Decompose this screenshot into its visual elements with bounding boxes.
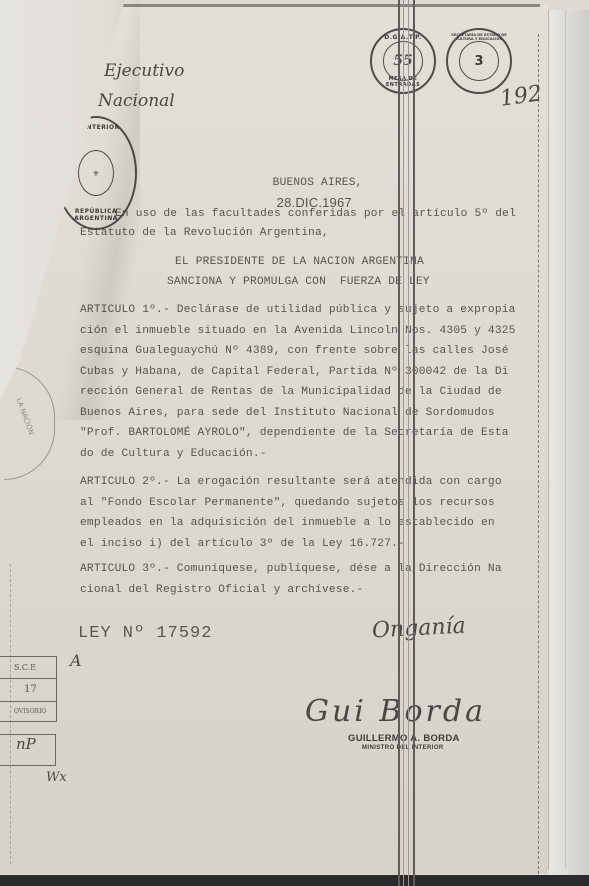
president-signature: Onganía [371, 614, 466, 644]
article-line: al "Fondo Escolar Permanente", quedando … [80, 493, 502, 514]
article-line: esquina Gualeguaychú Nº 4389, con frente… [80, 341, 516, 362]
article-line: Buenos Aires, para sede del Instituto Na… [80, 403, 516, 424]
heading-line2: SANCIONA Y PROMULGA CON FUERZA DE LEY [167, 272, 430, 293]
binding-line [398, 0, 400, 886]
annotation-letter-a: A [70, 651, 82, 670]
preamble-line1: En uso de las facultades conferidas por … [115, 204, 516, 225]
article-line: cional del Registro Oficial y archívese.… [80, 580, 502, 601]
article-line: Cubas y Habana, de Capital Federal, Part… [80, 362, 516, 383]
article-line: ARTICULO 2º.- La erogación resultante se… [80, 472, 502, 493]
article-1: ARTICULO 1º.- Declárase de utilidad públ… [80, 300, 516, 464]
article-line: do de Cultura y Educación.- [80, 444, 516, 465]
page-edge-line [565, 10, 566, 870]
article-line: empleados en la adquisición del inmueble… [80, 513, 502, 534]
heading-line1: EL PRESIDENTE DE LA NACION ARGENTINA [175, 252, 424, 273]
article-line: ARTICULO 3º.- Comuníquese, publíquese, d… [80, 559, 502, 580]
stamp-number: 3 [474, 54, 483, 69]
stamp-ring-text: SECRETARÍA DE ESTADO DE CULTURA Y EDUCAC… [448, 33, 510, 41]
secretaria-cultura-stamp: SECRETARÍA DE ESTADO DE CULTURA Y EDUCAC… [446, 28, 512, 94]
stamp-inner: 3 [459, 41, 498, 80]
article-line: ción el inmueble situado en la Avenida L… [80, 321, 516, 342]
article-line: rección General de Rentas de la Municipa… [80, 382, 516, 403]
article-line: ARTICULO 1º.- Declárase de utilidad públ… [80, 300, 516, 321]
registry-box-row2: 17 [0, 679, 56, 702]
box-initials: nP [0, 735, 55, 753]
article-3: ARTICULO 3º.- Comuníquese, publíquese, d… [80, 559, 502, 600]
law-number: LEY Nº 17592 [78, 624, 212, 643]
registry-box-row1: S.C.E [0, 657, 56, 679]
minister-signature: Gui Borda [305, 694, 486, 729]
binding-line [408, 0, 409, 886]
registry-box: S.C.E 17 OVISORIO [0, 656, 57, 722]
initials-box: nP [0, 734, 56, 766]
article-line: el inciso i) del artículo 3º de la Ley 1… [80, 534, 502, 555]
binding-line [413, 0, 415, 886]
article-2: ARTICULO 2º.- La erogación resultante se… [80, 472, 502, 554]
article-line: "Prof. BARTOLOMÉ AYROLO", dependiente de… [80, 423, 516, 444]
place: BUENOS AIRES, [273, 177, 363, 189]
annotation-initials: Wx [46, 770, 67, 785]
page-top-border [120, 4, 540, 7]
page-right-margin-line [538, 34, 540, 874]
page-edge-line [548, 10, 549, 870]
binding-line [403, 0, 404, 886]
folio-number: 192 [498, 81, 543, 112]
registry-box-row3: OVISORIO [0, 702, 56, 721]
